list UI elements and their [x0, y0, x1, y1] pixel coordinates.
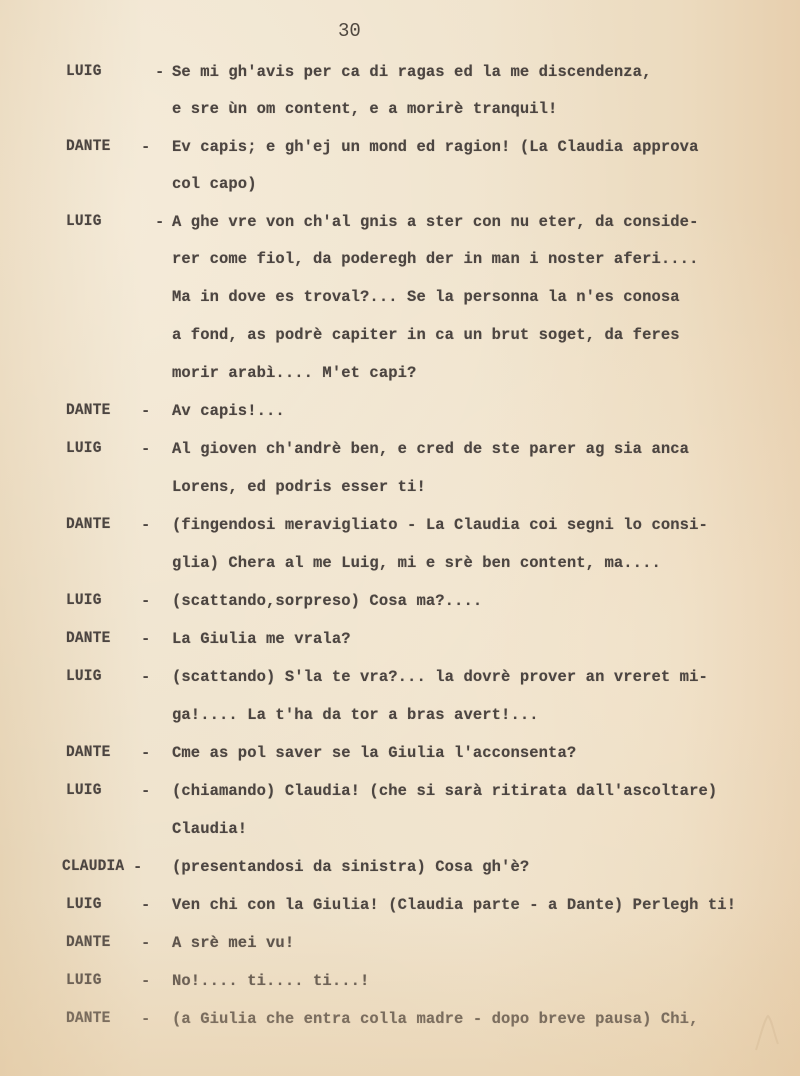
dialogue-line: e sre ùn om content, e a morirè tranquil…: [172, 100, 557, 118]
dialogue-line: (chiamando) Claudia! (che si sarà ritira…: [172, 782, 717, 800]
speaker-name: CLAUDIA: [62, 859, 124, 876]
dialogue-line: Claudia!: [172, 820, 247, 838]
dialogue-line: col capo): [172, 175, 257, 193]
page-number: 30: [338, 20, 361, 42]
dialogue-line: No!.... ti.... ti...!: [172, 972, 369, 990]
pencil-mark-icon: [752, 1010, 782, 1056]
dialogue-line: (scattando,sorpreso) Cosa ma?....: [172, 592, 482, 610]
speaker-dash: -: [141, 440, 150, 458]
speaker-name: LUIG: [66, 64, 102, 81]
dialogue-line: (presentandosi da sinistra) Cosa gh'è?: [172, 858, 529, 876]
typewritten-script-page: 30 LUIG-Se mi gh'avis per ca di ragas ed…: [0, 0, 800, 1076]
speaker-name: DANTE: [66, 139, 111, 156]
speaker-dash: -: [141, 1010, 150, 1028]
dialogue-line: Al gioven ch'andrè ben, e cred de ste pa…: [172, 440, 689, 458]
speaker-dash: -: [141, 896, 150, 914]
dialogue-line: Lorens, ed podris esser ti!: [172, 478, 426, 496]
dialogue-line: Cme as pol saver se la Giulia l'acconsen…: [172, 744, 576, 762]
speaker-dash: -: [141, 934, 150, 952]
speaker-name: LUIG: [66, 897, 102, 914]
speaker-dash: -: [141, 630, 150, 648]
dialogue-line: Ev capis; e gh'ej un mond ed ragion! (La…: [172, 138, 698, 156]
dialogue-line: Se mi gh'avis per ca di ragas ed la me d…: [172, 63, 651, 81]
dialogue-line: La Giulia me vrala?: [172, 630, 351, 648]
dialogue-line: rer come fiol, da poderegh der in man i …: [172, 250, 698, 268]
speaker-dash: -: [141, 668, 150, 686]
speaker-dash: -: [141, 744, 150, 762]
speaker-dash: -: [141, 782, 150, 800]
speaker-dash: -: [133, 858, 142, 876]
speaker-name: LUIG: [66, 669, 102, 686]
dialogue-line: A ghe vre von ch'al gnis a ster con nu e…: [172, 213, 698, 231]
speaker-dash: -: [155, 63, 164, 81]
speaker-dash: -: [141, 138, 150, 156]
speaker-name: DANTE: [66, 517, 111, 534]
dialogue-line: glia) Chera al me Luig, mi e srè ben con…: [172, 554, 661, 572]
speaker-name: LUIG: [66, 973, 102, 990]
speaker-name: DANTE: [66, 631, 111, 648]
dialogue-line: (fingendosi meravigliato - La Claudia co…: [172, 516, 708, 534]
speaker-name: DANTE: [66, 935, 111, 952]
speaker-name: DANTE: [66, 1011, 111, 1028]
speaker-name: DANTE: [66, 745, 111, 762]
speaker-name: LUIG: [66, 441, 102, 458]
dialogue-line: ga!.... La t'ha da tor a bras avert!...: [172, 706, 539, 724]
dialogue-line: Av capis!...: [172, 402, 285, 420]
speaker-name: LUIG: [66, 214, 102, 231]
speaker-name: LUIG: [66, 783, 102, 800]
dialogue-line: (scattando) S'la te vra?... la dovrè pro…: [172, 668, 708, 686]
speaker-dash: -: [155, 213, 164, 231]
speaker-name: LUIG: [66, 593, 102, 610]
speaker-dash: -: [141, 516, 150, 534]
dialogue-line: morir arabì.... M'et capi?: [172, 364, 416, 382]
speaker-dash: -: [141, 592, 150, 610]
speaker-dash: -: [141, 972, 150, 990]
dialogue-line: Ven chi con la Giulia! (Claudia parte - …: [172, 896, 736, 914]
dialogue-line: a fond, as podrè capiter in ca un brut s…: [172, 326, 680, 344]
speaker-name: DANTE: [66, 403, 111, 420]
speaker-dash: -: [141, 402, 150, 420]
dialogue-line: A srè mei vu!: [172, 934, 294, 952]
dialogue-line: (a Giulia che entra colla madre - dopo b…: [172, 1010, 698, 1028]
dialogue-line: Ma in dove es troval?... Se la personna …: [172, 288, 680, 306]
